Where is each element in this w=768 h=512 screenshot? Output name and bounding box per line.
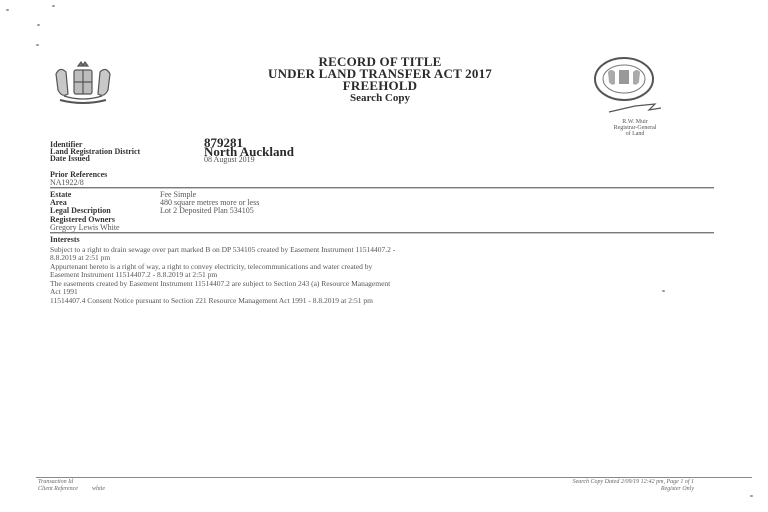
interest-item: Appurtenant hereto is a right of way, a … [50, 263, 630, 279]
interest-item: 11514407.4 Consent Notice pursuant to Se… [50, 297, 630, 305]
registered-owners-value: Gregory Lewis White [50, 224, 120, 232]
date-issued-label: Date Issued [50, 155, 90, 163]
scan-speck [662, 290, 665, 292]
prior-references-value: NA1922/8 [50, 179, 84, 187]
search-copy-dated: Search Copy Dated 2/09/19 12:42 pm, Page… [573, 479, 694, 486]
scan-speck [52, 5, 55, 7]
legal-description-value: Lot 2 Deposited Plan 534105 [160, 206, 254, 215]
scan-speck [750, 495, 753, 497]
section-divider [50, 187, 714, 189]
transaction-id-label: Transaction Id [38, 479, 73, 486]
footer-divider [36, 477, 752, 478]
interests-label: Interests [50, 236, 80, 244]
scan-speck [6, 9, 9, 11]
nz-coat-of-arms-icon [50, 60, 116, 108]
client-reference-label: Client Reference [38, 486, 78, 493]
signatory-title-2: of Land [585, 131, 685, 137]
legal-description-label: Legal Description [50, 207, 111, 215]
section-divider [50, 232, 714, 234]
interest-item: The easements created by Easement Instru… [50, 280, 630, 296]
register-only-note: Register Only [661, 486, 694, 493]
registrar-general-seal-icon [593, 56, 655, 102]
date-issued-value: 08 August 2019 [204, 155, 255, 164]
document-title-block: RECORD OF TITLE UNDER LAND TRANSFER ACT … [200, 56, 560, 103]
signature-scribble-icon [605, 100, 665, 114]
scan-speck [36, 44, 39, 46]
interest-item: Subject to a right to drain sewage over … [50, 246, 630, 262]
search-copy-subtitle: Search Copy [200, 93, 560, 103]
title-line-3: FREEHOLD [200, 80, 560, 92]
scan-speck [37, 24, 40, 26]
client-reference-value: white [92, 486, 105, 493]
registrar-signature: R.W. Muir Registrar-General of Land [585, 100, 685, 137]
